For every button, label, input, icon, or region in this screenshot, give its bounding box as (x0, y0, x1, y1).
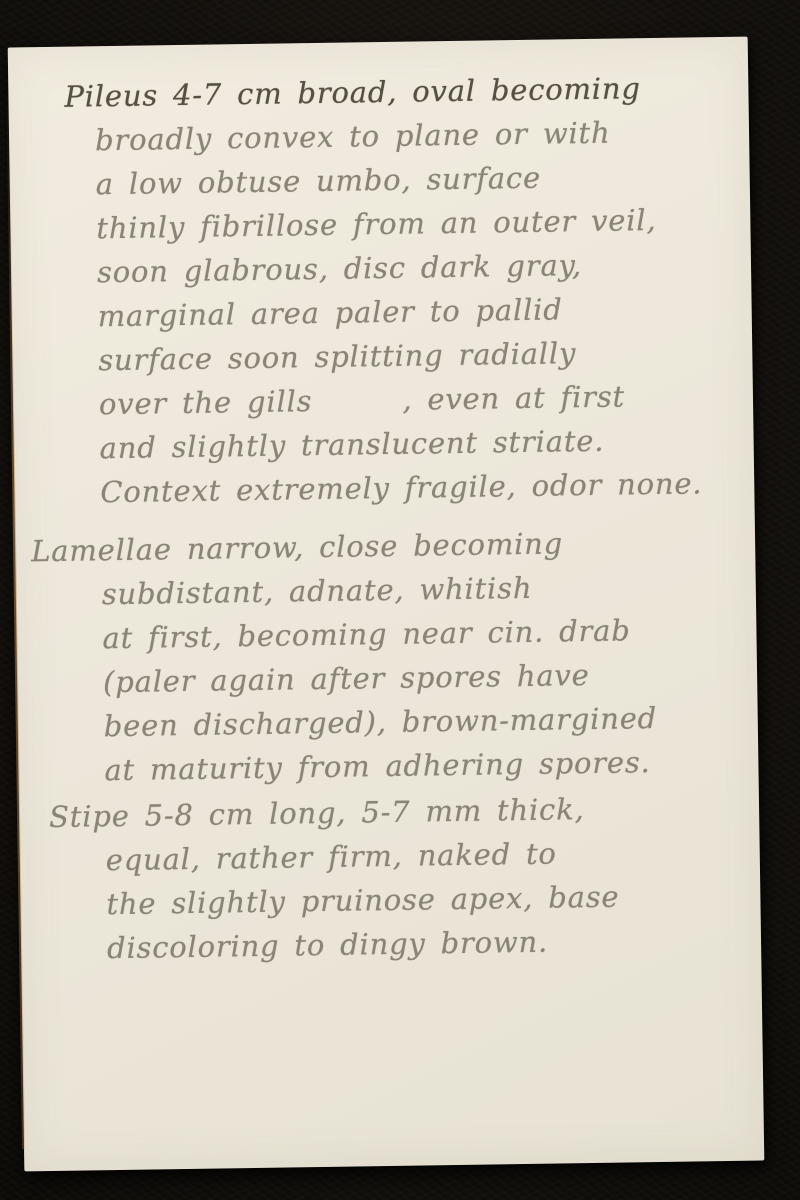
handwriting-line: thinly fibrillose from an outer veil, (96, 197, 725, 250)
photo-background: Pileus 4-7 cm broad, oval becoming broad… (0, 0, 800, 1200)
handwriting-line: Context extremely fragile, odor none. (100, 461, 729, 514)
handwriting-line: at maturity from adhering spores. (104, 739, 733, 792)
index-card: Pileus 4-7 cm broad, oval becoming broad… (8, 37, 765, 1172)
paragraph-stipe: Stipe 5-8 cm long, 5-7 mm thick, equal, … (19, 785, 736, 972)
handwriting-line: discoloring to dingy brown. (107, 917, 736, 970)
paragraph-lamellae: Lamellae narrow, close becoming subdista… (15, 519, 733, 794)
handwritten-note: Pileus 4-7 cm broad, oval becoming broad… (8, 37, 765, 1172)
paragraph-pileus: Pileus 4-7 cm broad, oval becoming broad… (8, 65, 728, 516)
